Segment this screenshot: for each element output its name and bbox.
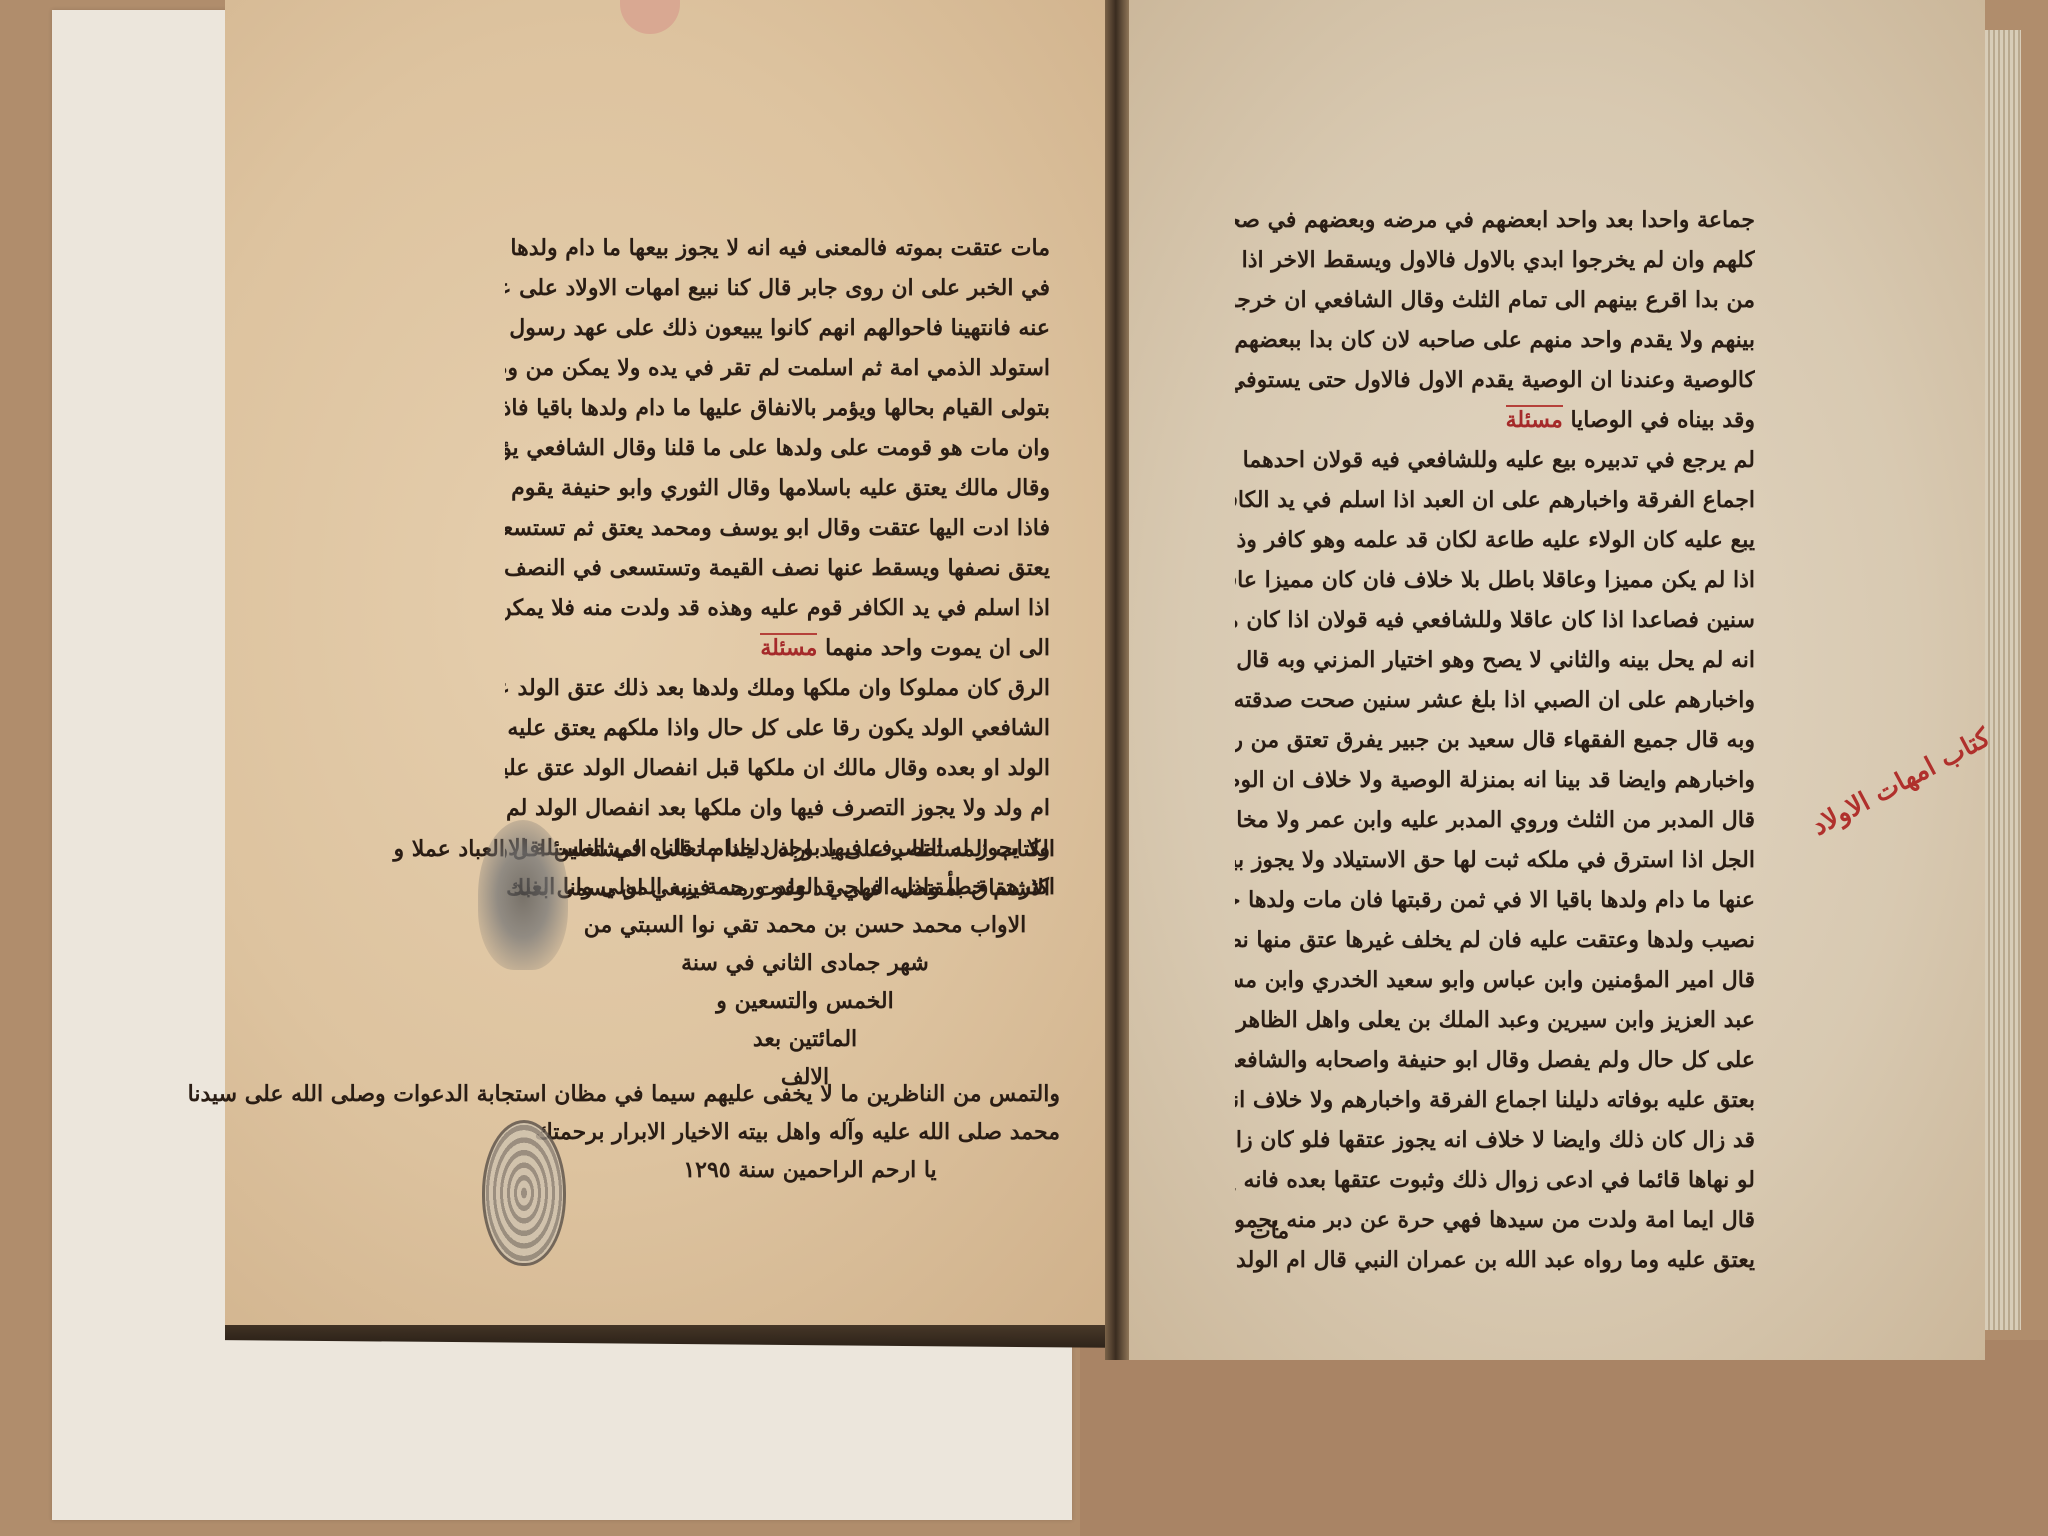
catchword: مات [1250, 1218, 1289, 1244]
text-line: وبه قال جميع الفقهاء قال سعيد بن جبير يف… [1235, 720, 1755, 760]
text-line: ام ولد ولا يجوز التصرف فيها وان ملكها بع… [505, 788, 1050, 828]
text-line: كلهم وان لم يخرجوا ابدي بالاول فالاول وي… [1235, 240, 1755, 280]
text-line: وان مات هو قومت على ولدها على ما قلنا وق… [505, 428, 1050, 468]
text-line: قال المدبر من الثلث وروي المدبر عليه واب… [1235, 807, 1755, 833]
rubric-masala: مسئلة [1506, 405, 1563, 433]
right-page-text: جماعة واحدا بعد واحد ابعضهم في مرضه وبعض… [1235, 200, 1755, 1280]
text-line: فاذا ادت اليها عتقت وقال ابو يوسف ومحمد … [505, 508, 1050, 548]
text-line: سنين فصاعدا اذا كان عاقلا وللشافعي فيه ق… [1235, 600, 1755, 640]
text-line: يعتق نصفها ويسقط عنها نصف القيمة وتستسعى… [505, 548, 1050, 588]
colophon-line: الخمس والتسعين و [555, 982, 1055, 1020]
text-line: يعتق عليه وما رواه عبد الله بن عمران الن… [1235, 1240, 1755, 1280]
rubric-masala: مسئلة [760, 633, 817, 661]
colophon-line: اكثرهم خطأ واذل الراجي العفو ورحمة ربه ا… [555, 868, 1055, 906]
text-line: عبد العزيز وابن سيرين وعبد الملك بن يعلى… [1235, 1000, 1755, 1040]
text-line: قد زال كان ذلك وايضا لا خلاف انه يجوز عت… [1235, 1120, 1755, 1160]
text-line: واخبارهم على ان الصبي اذا بلغ عشر سنين ص… [1235, 680, 1755, 720]
text-line: الى ان يموت واحد منهما [825, 635, 1050, 661]
text-line: قال ايما امة ولدت من سيدها فهي حرة عن دب… [1235, 1200, 1755, 1240]
closing-date-line: يا ارحم الراحمين سنة ١٢٩٥ [560, 1151, 1060, 1189]
text-line: الشافعي الولد يكون رقا على كل حال واذا م… [505, 708, 1050, 748]
text-line: اذا اسلم في يد الكافر قوم عليه وهذه قد و… [505, 588, 1050, 628]
text-line: على كل حال ولم يفصل وقال ابو حنيفة واصحا… [1235, 1040, 1755, 1080]
colophon: الكتاب المستطاب على يد اراذل خدام تعالى … [555, 830, 1055, 1096]
text-line: انه لم يحل بينه والثاني لا يصح وهو اختيا… [1235, 640, 1755, 680]
book-gutter [1105, 0, 1129, 1360]
text-line: عنه فانتهينا فاحوالهم انهم كانوا يبيعون … [505, 308, 1050, 348]
colophon-line: المائتين بعد [555, 1020, 1055, 1058]
text-line: وقال مالك يعتق عليه باسلامها وقال الثوري… [505, 468, 1050, 508]
colophon-line: شهر جمادى الثاني في سنة [555, 944, 1055, 982]
text-line: الى ان يموت واحد منهما مسئلة [505, 628, 1050, 668]
text-line: مات عتقت بموته فالمعنى فيه انه لا يجوز ب… [505, 228, 1050, 268]
text-line: الولد او بعده وقال مالك ان ملكها قبل انف… [505, 748, 1050, 788]
text-line: عنها ما دام ولدها باقيا الا في ثمن رقبته… [1235, 880, 1755, 920]
text-line: عنه فانتهينا فاحوالهم انهم كانوا يبيعون … [505, 315, 1050, 341]
text-line: واخبارهم على ان الصبي اذا بلغ عشر سنين ص… [1235, 687, 1755, 713]
text-line: من بدا اقرع بينهم الى تمام الثلث وقال ال… [1235, 280, 1755, 320]
text-line: نصيب ولدها وعتقت عليه فان لم يخلف غيرها … [1235, 920, 1755, 960]
text-line: في الخبر على ان روى جابر قال كنا نبيع ام… [505, 268, 1050, 308]
text-line: واخبارهم وايضا قد بينا انه بمنزلة الوصية… [1235, 760, 1755, 800]
text-line: الرق كان مملوكا وان ملكها وملك ولدها بعد… [505, 668, 1050, 708]
text-line: لم يرجع في تدبيره بيع عليه وللشافعي فيه … [1235, 440, 1755, 480]
text-line: جماعة واحدا بعد واحد ابعضهم في مرضه وبعض… [1235, 200, 1755, 240]
text-line: وقد بيناه في الوصايا [1570, 407, 1755, 433]
text-line: بتولى القيام بحالها ويؤمر بالانفاق عليها… [505, 388, 1050, 428]
text-line: لو نهاها قائما في ادعى زوال ذلك وثبوت عت… [1235, 1160, 1755, 1200]
closing-prayer: والتمس من الناظرين ما لا يخفى عليهم سيما… [560, 1075, 1060, 1189]
text-line: قال امير المؤمنين وابن عباس وابو سعيد ال… [1235, 960, 1755, 1000]
closing-line: والتمس من الناظرين ما لا يخفى عليهم سيما… [560, 1075, 1060, 1113]
text-line: اذا لم يكن مميزا وعاقلا باطل بلا خلاف فا… [1235, 560, 1755, 600]
colophon-line: الاواب محمد حسن بن محمد تقي نوا السبتي م… [555, 906, 1055, 944]
text-line: بعتق عليه بوفاته دليلنا اجماع الفرقة واخ… [1235, 1080, 1755, 1120]
page-fore-edge [1985, 30, 2021, 1330]
text-line: الجل اذا استرق في ملكه ثبت لها حق الاستي… [1235, 840, 1755, 880]
text-line: استولد الذمي امة ثم اسلمت لم تقر في يده … [505, 348, 1050, 388]
text-line: وقد بيناه في الوصايا مسئلة [1235, 400, 1755, 440]
closing-line: محمد صلى الله عليه وآله واهل بيته الاخيا… [560, 1113, 1060, 1151]
table-surface [1080, 1340, 2048, 1536]
text-line: قال المدبر من الثلث وروي المدبر عليه واب… [1235, 800, 1755, 840]
text-line: اجماع الفرقة واخبارهم على ان العبد اذا ا… [1235, 480, 1755, 520]
ink-smudge-seal-icon [478, 820, 568, 970]
oval-owner-seal-icon [482, 1120, 566, 1266]
left-page-text: مات عتقت بموته فالمعنى فيه انه لا يجوز ب… [505, 228, 1050, 908]
text-line: كالوصية وعندنا ان الوصية يقدم الاول فالا… [1235, 360, 1755, 400]
text-line: يبع عليه كان الولاء عليه طاعة لكان قد عل… [1235, 520, 1755, 560]
text-line: يبع عليه كان الولاء عليه طاعة لكان قد عل… [1235, 527, 1755, 553]
colophon-line: الكتاب المستطاب على يد اراذل خدام تعالى … [555, 830, 1055, 868]
text-line: بينهم ولا يقدم واحد منهم على صاحبه لان ك… [1235, 320, 1755, 360]
